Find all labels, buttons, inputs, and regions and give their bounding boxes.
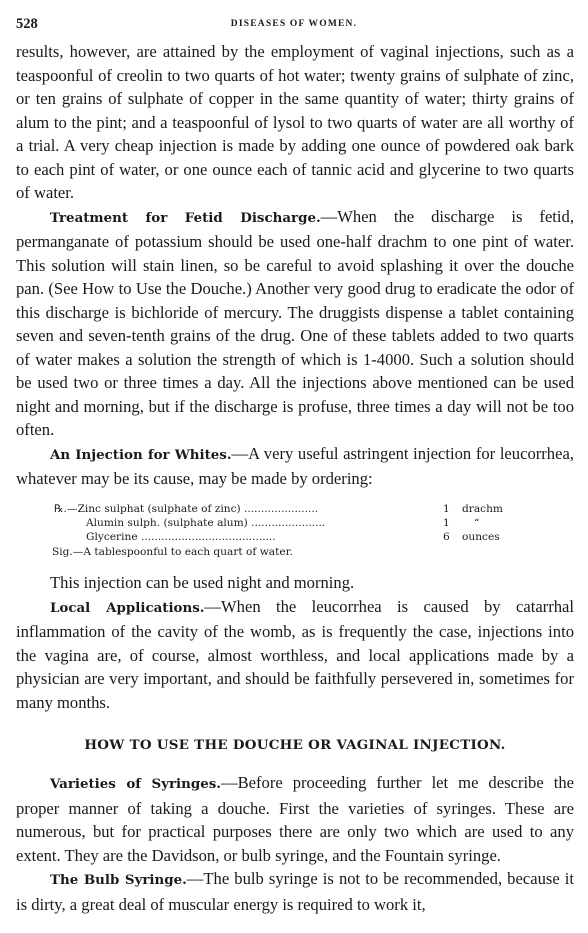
paragraph-fetid-discharge: Treatment for Fetid Discharge.—When the …	[16, 205, 574, 442]
ingredient-unit: “	[474, 516, 479, 530]
run-in-heading: Varieties of Syringes.	[50, 776, 221, 792]
paragraph-local-applications: Local Applications.—When the leucorrhea …	[16, 595, 574, 715]
ingredient-unit: ounces	[462, 530, 500, 544]
run-in-heading: The Bulb Syringe.	[50, 872, 187, 888]
section-heading: HOW TO USE THE DOUCHE OR VAGINAL INJECTI…	[16, 735, 574, 755]
prescription-row: Alumin sulph. (sulphate alum) ..........…	[16, 516, 574, 530]
run-in-heading: Local Applications.	[50, 600, 204, 616]
page-body: results, however, are attained by the em…	[16, 40, 574, 916]
ingredient-label: Glycerine ..............................…	[86, 530, 276, 544]
ingredient-quantity: 1	[443, 516, 450, 530]
paragraph-varieties-of-syringes: Varieties of Syringes.—Before proceeding…	[16, 771, 574, 867]
prescription-signature: Sig.—A tablespoonful to each quart of wa…	[52, 545, 574, 559]
prescription-row: ℞.—Zinc sulphat (sulphate of zinc) .....…	[16, 502, 574, 516]
running-title: DISEASES OF WOMEN.	[16, 19, 572, 29]
paragraph-injection-for-whites: An Injection for Whites.—A very useful a…	[16, 442, 574, 491]
book-page: 528 DISEASES OF WOMEN. results, however,…	[0, 0, 588, 933]
run-in-heading: An Injection for Whites.	[50, 447, 232, 463]
prescription-row: Glycerine ..............................…	[16, 530, 574, 544]
paragraph-text: —When the discharge is fetid, permangana…	[16, 207, 574, 440]
prescription-block: ℞.—Zinc sulphat (sulphate of zinc) .....…	[16, 502, 574, 545]
paragraph-continued: results, however, are attained by the em…	[16, 40, 574, 205]
ingredient-quantity: 6	[443, 530, 450, 544]
paragraph-bulb-syringe: The Bulb Syringe.—The bulb syringe is no…	[16, 867, 574, 916]
running-head: 528 DISEASES OF WOMEN.	[16, 16, 572, 36]
paragraph-usage-note: This injection can be used night and mor…	[16, 571, 574, 595]
ingredient-quantity: 1	[443, 502, 450, 516]
run-in-heading: Treatment for Fetid Discharge.	[50, 210, 321, 226]
ingredient-unit: drachm	[462, 502, 503, 516]
ingredient-label: Alumin sulph. (sulphate alum) ..........…	[86, 516, 325, 530]
ingredient-label: ℞.—Zinc sulphat (sulphate of zinc) .....…	[54, 502, 318, 516]
